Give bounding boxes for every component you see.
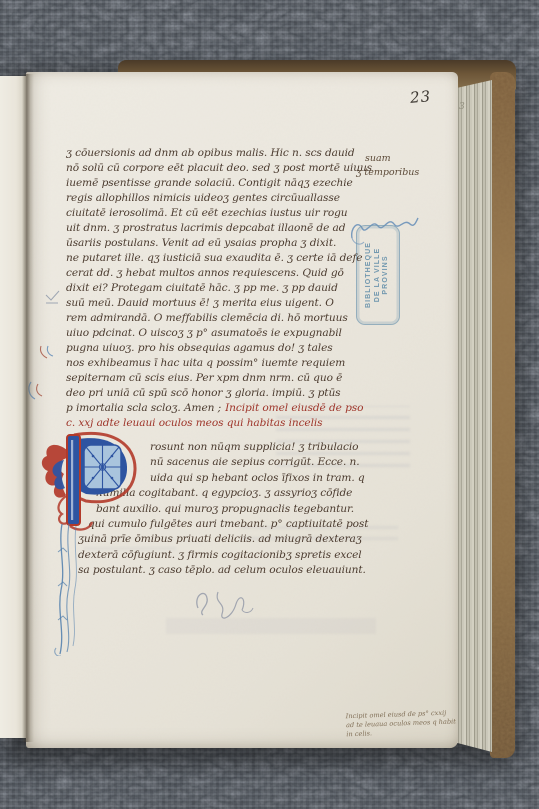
rubric-text: Incipit omel eiusdē de pso <box>225 402 363 414</box>
text-line: ūsariis postulans. Venit ad eū ysaias pr… <box>66 236 396 251</box>
text-line: nū sacenus aie sepius corrigūt. Ecce. n. <box>150 455 402 470</box>
text-line: ʒ cōuersionis ad dnm ab opibus malis. Hi… <box>66 146 396 161</box>
rubric-text: c. xxj adte leuaui oculos meos qui habit… <box>66 417 323 429</box>
folio-number: 23 <box>409 87 432 107</box>
text-line: uiuo pdcinat. O uiscoʒ ʒ p° asumatoēs ie… <box>66 326 396 341</box>
text-line: ʒuinā prīe ōmibus priuati deliciis. ad m… <box>78 532 402 547</box>
text-line: uit dnm. ʒ prostratus lacrimis depcabat … <box>66 221 396 236</box>
text-line: pugna uiuoʒ. pro his obsequias agamus do… <box>66 341 396 356</box>
pen-flourish-descender <box>50 524 96 656</box>
scribal-flourish <box>190 584 256 622</box>
text-line: regis allophillos nimicis uideoʒ gentes … <box>66 191 396 206</box>
text-line: sepiternam cū scis eius. Per xpm dnm nrm… <box>66 371 396 386</box>
illuminated-initial-artwork <box>40 430 140 534</box>
text-line: ne putaret ille. qʒ iusticiā sua exaudit… <box>66 251 396 266</box>
manuscript-page: 23 suam ʒ temporibus BIBLIOTHEQUEDE LA V… <box>26 72 458 748</box>
bottom-annotation: Incipit omel eiusd de ps° cxxijad te leu… <box>346 708 477 740</box>
margin-mark <box>38 344 56 362</box>
text-line: sa postulant. ʒ caso tēplo. ad celum ocu… <box>78 563 402 578</box>
manuscript-photograph: 3 23 suam ʒ temporibus BIBLIOTHEQUEDE LA… <box>0 0 539 809</box>
text-line: bant auxilio. qui muroʒ propugnaclis teg… <box>96 502 402 517</box>
book-cover-leather-edge <box>490 72 515 758</box>
illuminated-initial: P <box>40 430 140 534</box>
text-line: c. xxj adte leuaui oculos meos qui habit… <box>66 416 396 431</box>
text-line: suū meū. Dauid mortuus ē! ʒ merita eius … <box>66 296 396 311</box>
text-line: nō solū cū corpore eēt placuit deo. sed … <box>66 161 396 176</box>
text-line: ciuitatē ierosolimā. Et cū eēt ezechias … <box>66 206 396 221</box>
initial-letter: P <box>70 448 71 449</box>
text-line: iuemē psentisse grande solaciū. Contigit… <box>66 176 396 191</box>
text-line: cerat dd. ʒ hebat multos annos requiesce… <box>66 266 396 281</box>
text-line: nos exhibeamus ī hac uita q possim° iuem… <box>66 356 396 371</box>
main-text-block: ʒ cōuersionis ad dnm ab opibus malis. Hi… <box>66 146 396 431</box>
text-line: dixit ei? Protegam ciuitatē hāc. ʒ pp me… <box>66 281 396 296</box>
text-line: humilia cogitabant. q egypcioʒ. ʒ assyri… <box>96 486 402 501</box>
text-line: dexterā cōfugiunt. ʒ firmis cogitacionib… <box>78 548 402 563</box>
text-line: deo pri uniā cū spū scō honor ʒ gloria. … <box>66 386 396 401</box>
text-line: rem admirandā. O meffabilis clemēcia di.… <box>66 311 396 326</box>
margin-mark <box>44 288 62 306</box>
text-line: uida qui sp hebant oclos īfixos in tram.… <box>150 471 402 486</box>
text-line: p imortalia scla scloʒ. Amen ;Incipit om… <box>66 401 396 416</box>
edge-folio-number: 3 <box>459 102 465 112</box>
text-line: rosunt non nūqm supplicia! ʒ tribulacio <box>150 440 402 455</box>
book-gutter-shadow <box>22 74 34 742</box>
book-page-stack-fore-edge: 3 <box>456 80 492 752</box>
